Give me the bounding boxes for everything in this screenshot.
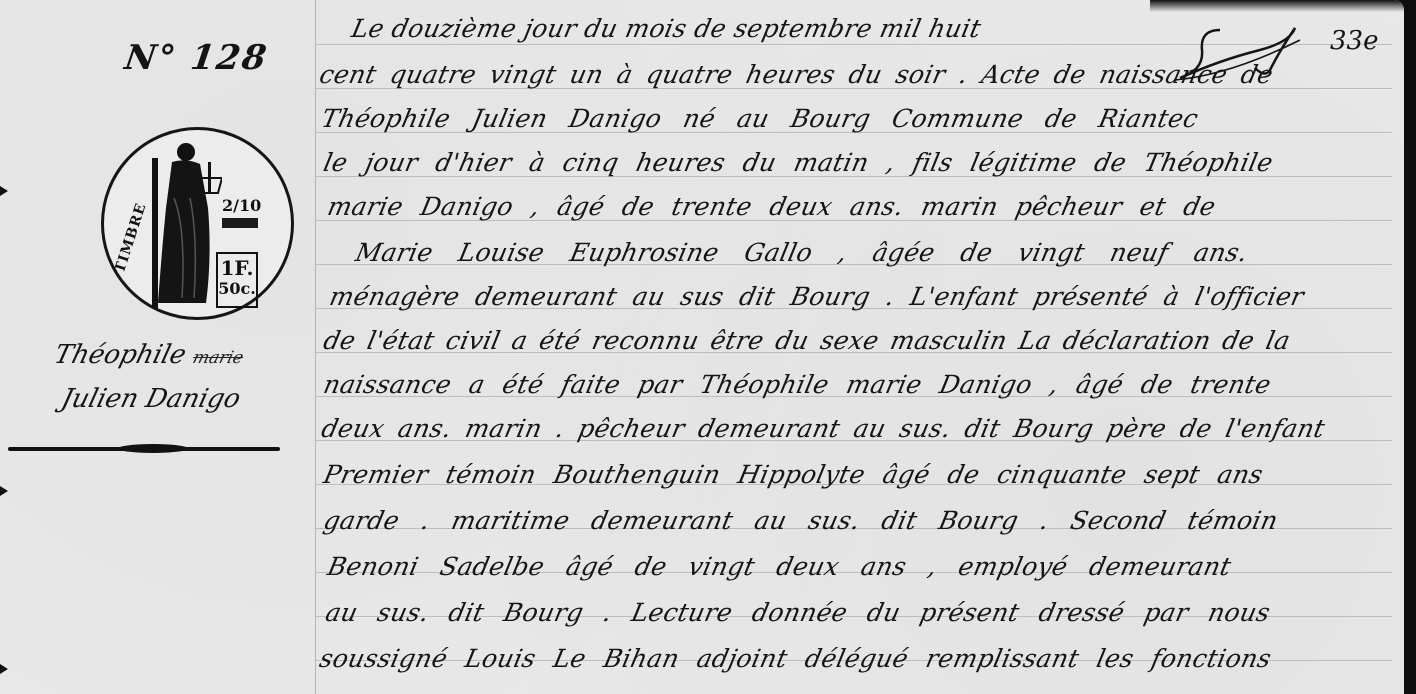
margin-struck-word: marie <box>191 348 246 368</box>
scan-shadow <box>1150 0 1404 12</box>
register-page: N° 128 TIMBRE 2/10 1F. 50c. Théophile ma… <box>0 0 1404 694</box>
text-line: cent quatre vingt un à quatre heures du … <box>317 60 1276 89</box>
text-line: de l'état civil a été reconnu être du se… <box>321 326 1293 355</box>
scan-border <box>1404 0 1416 694</box>
page-number: 33e <box>1330 26 1378 56</box>
stamp-price-centimes: 50c. <box>218 281 256 297</box>
margin-separator-rule <box>8 447 280 451</box>
text-line: garde . maritime demeurant au sus. dit B… <box>321 506 1281 535</box>
margin-name-second: Julien Danigo <box>58 384 305 414</box>
text-line: Premier témoin Bouthenguin Hippolyte âgé… <box>321 460 1266 489</box>
text-line: le jour d'hier à cinq heures du matin , … <box>321 148 1276 177</box>
stamp-price-box: 1F. 50c. <box>216 252 258 308</box>
record-number: N° 128 <box>122 38 271 78</box>
margin-name-first: Théophile marie <box>51 340 298 370</box>
stamp-bar <box>222 218 258 228</box>
text-line: deux ans. marin . pêcheur demeurant au s… <box>319 414 1328 443</box>
text-line: Théophile Julien Danigo né au Bourg Comm… <box>319 104 1201 133</box>
text-line: soussigné Louis Le Bihan adjoint délégué… <box>317 644 1274 673</box>
margin-given-name: Théophile <box>51 340 189 370</box>
text-line: marie Danigo , âgé de trente deux ans. m… <box>325 192 1218 221</box>
text-line: au sus. dit Bourg . Lecture donnée du pr… <box>323 598 1273 627</box>
justice-figure-icon <box>142 138 222 308</box>
text-line: Benoni Sadelbe âgé de vingt deux ans , e… <box>325 552 1234 581</box>
text-line: Le douzième jour du mois de septembre mi… <box>349 14 984 43</box>
stamp-price-francs: 1F. <box>218 258 256 278</box>
text-line: ménagère demeurant au sus dit Bourg . L'… <box>327 282 1307 311</box>
text-line: naissance a été faite par Théophile mari… <box>321 370 1274 399</box>
stamp-value-decimes: 2/10 <box>222 198 261 214</box>
text-line: Marie Louise Euphrosine Gallo , âgée de … <box>353 238 1250 267</box>
tax-stamp: TIMBRE 2/10 1F. 50c. <box>101 127 294 320</box>
